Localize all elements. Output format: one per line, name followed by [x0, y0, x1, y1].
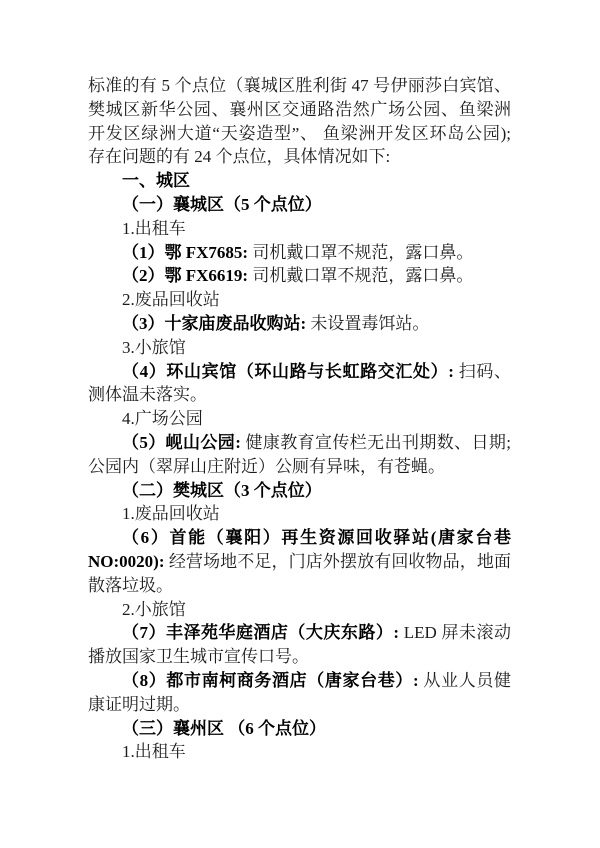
emphasis-run: （二）樊城区（3 个点位） — [122, 481, 322, 500]
text-run: 司机戴口罩不规范，露口鼻。 — [248, 243, 473, 262]
paragraph: 1.出租车 — [88, 740, 511, 764]
text-run: 3.小旅馆 — [122, 338, 186, 357]
paragraph: 3.小旅馆 — [88, 336, 511, 360]
paragraph: （5）岘山公园: 健康教育宣传栏无出刊期数、日期; 公园内（翠屏山庄附近）公厕有… — [88, 431, 511, 479]
paragraph: （7）丰泽苑华庭酒店（大庆东路）: LED 屏未滚动播放国家卫生城市宣传口号。 — [88, 621, 511, 669]
text-run: 4.广场公园 — [122, 409, 203, 428]
text-run: 标准的有 5 个点位（襄城区胜利街 47 号伊丽莎白宾馆、樊城区新华公园、襄州区… — [88, 76, 511, 166]
text-run: 2.小旅馆 — [122, 600, 186, 619]
paragraph: （6）首能（襄阳）再生资源回收驿站(唐家台巷 NO:0020): 经营场地不足，… — [88, 526, 511, 597]
paragraph: 1.出租车 — [88, 217, 511, 241]
document-page: 标准的有 5 个点位（襄城区胜利街 47 号伊丽莎白宾馆、樊城区新华公园、襄州区… — [0, 0, 600, 848]
emphasis-run: （5）岘山公园: — [122, 433, 241, 452]
emphasis-run: （7）丰泽苑华庭酒店（大庆东路）: — [122, 623, 399, 642]
paragraph: 1.废品回收站 — [88, 502, 511, 526]
emphasis-run: （一）襄城区（5 个点位） — [122, 195, 322, 214]
paragraph: 4.广场公园 — [88, 407, 511, 431]
paragraph: （8）都市南柯商务酒店（唐家台巷）: 从业人员健康证明过期。 — [88, 669, 511, 717]
text-run: 1.出租车 — [122, 742, 186, 761]
paragraph: 2.废品回收站 — [88, 288, 511, 312]
text-run: 未设置毒饵站。 — [306, 314, 429, 333]
text-run: 1.出租车 — [122, 219, 186, 238]
paragraph: （3）十家庙废品收购站: 未设置毒饵站。 — [88, 312, 511, 336]
paragraph: （二）樊城区（3 个点位） — [88, 479, 511, 503]
document-body: 标准的有 5 个点位（襄城区胜利街 47 号伊丽莎白宾馆、樊城区新华公园、襄州区… — [88, 74, 511, 764]
paragraph: （三）襄州区 （6 个点位） — [88, 717, 511, 741]
emphasis-run: （8）都市南柯商务酒店（唐家台巷）: — [122, 671, 419, 690]
text-run: 1.废品回收站 — [122, 504, 220, 523]
paragraph: 一、城区 — [88, 169, 511, 193]
paragraph: 2.小旅馆 — [88, 598, 511, 622]
emphasis-run: （2）鄂 FX6619: — [122, 266, 248, 285]
text-run: 司机戴口罩不规范，露口鼻。 — [248, 266, 473, 285]
paragraph: （1）鄂 FX7685: 司机戴口罩不规范，露口鼻。 — [88, 241, 511, 265]
text-run: 2.废品回收站 — [122, 290, 220, 309]
emphasis-run: （1）鄂 FX7685: — [122, 243, 248, 262]
paragraph: （一）襄城区（5 个点位） — [88, 193, 511, 217]
paragraph: （2）鄂 FX6619: 司机戴口罩不规范，露口鼻。 — [88, 264, 511, 288]
emphasis-run: （三）襄州区 （6 个点位） — [122, 719, 326, 738]
emphasis-run: 一、城区 — [122, 171, 190, 190]
emphasis-run: （3）十家庙废品收购站: — [122, 314, 306, 333]
paragraph: （4）环山宾馆（环山路与长虹路交汇处）: 扫码、测体温未落实。 — [88, 360, 511, 408]
emphasis-run: （4）环山宾馆（环山路与长虹路交汇处）: — [122, 362, 454, 381]
paragraph: 标准的有 5 个点位（襄城区胜利街 47 号伊丽莎白宾馆、樊城区新华公园、襄州区… — [88, 74, 511, 169]
